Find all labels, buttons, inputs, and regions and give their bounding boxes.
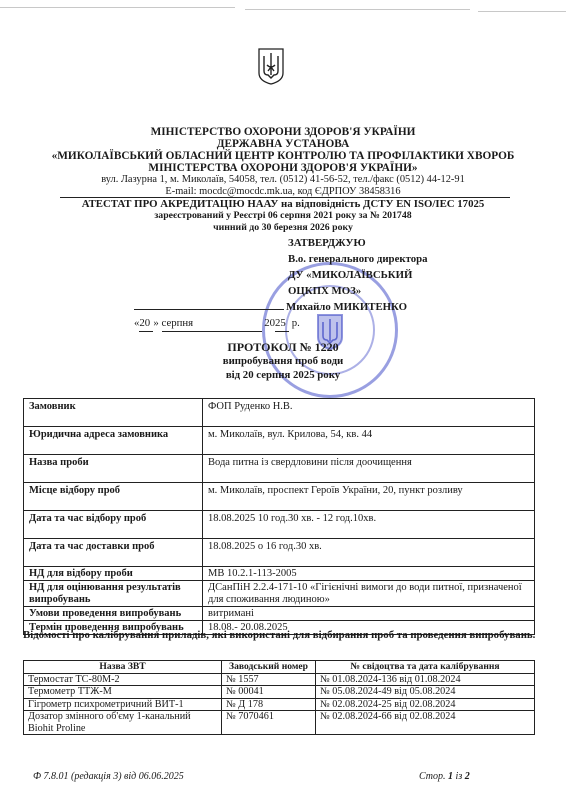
approver-org-line1: ДУ «МИКОЛАЇВСЬКИЙ xyxy=(288,267,428,283)
certificate: № 01.08.2024-136 від 01.08.2024 xyxy=(316,673,535,686)
row-label: НД для оцінювання результатів випробуван… xyxy=(24,581,203,607)
approve-label: ЗАТВЕРДЖУЮ xyxy=(288,235,428,251)
table-header-row: Назва ЗВТ Заводський номер № свідоцтва т… xyxy=(24,661,535,674)
calibration-table: Назва ЗВТ Заводський номер № свідоцтва т… xyxy=(23,660,535,735)
row-label: Місце відбору проб xyxy=(24,483,203,511)
table-row: Місце відбору проб м. Миколаїв, проспект… xyxy=(24,483,535,511)
column-header: Назва ЗВТ xyxy=(24,661,222,674)
signature-row: Михайло МИКИТЕНКО xyxy=(134,299,428,315)
row-value: 18.08.2025 о 16 год.30 хв. xyxy=(203,539,535,567)
approval-day: 20 xyxy=(139,315,153,332)
approval-date: «20» серпня 2025 р. xyxy=(134,315,428,331)
row-label: Дата та час доставки проб xyxy=(24,539,203,567)
protocol-subtitle: випробування проб води xyxy=(0,354,566,368)
instrument-name: Гігрометр психрометричний ВИТ-1 xyxy=(24,698,222,711)
accreditation-line1: АТЕСТАТ ПРО АКРЕДИТАЦІЮ НААУ на відповід… xyxy=(0,198,566,210)
column-header: Заводський номер xyxy=(222,661,316,674)
certificate: № 02.08.2024-66 від 02.08.2024 xyxy=(316,711,535,735)
institution-address: вул. Лазурна 1, м. Миколаїв, 54058, тел.… xyxy=(0,174,566,186)
calibration-section-title: Відомості про калібрування приладів, які… xyxy=(23,627,543,643)
approval-block: ЗАТВЕРДЖУЮ В.о. генерального директора Д… xyxy=(288,235,428,331)
institution-name-line1: «МИКОЛАЇВСЬКИЙ ОБЛАСНИЙ ЦЕНТР КОНТРОЛЮ Т… xyxy=(0,150,566,162)
row-value: 18.08.2025 10 год.30 хв. - 12 год.10хв. xyxy=(203,511,535,539)
row-label: Назва проби xyxy=(24,455,203,483)
approver-position: В.о. генерального директора xyxy=(288,251,428,267)
table-row: Дозатор змінного об'єму 1-канальний Bioh… xyxy=(24,711,535,735)
row-value: витримані xyxy=(203,607,535,621)
scan-artifact-line xyxy=(0,7,235,8)
column-header: № свідоцтва та дата калібрування xyxy=(316,661,535,674)
row-label: Замовник xyxy=(24,399,203,427)
protocol-title-block: ПРОТОКОЛ № 1220 випробування проб води в… xyxy=(0,340,566,382)
trident-coat-of-arms-icon xyxy=(257,47,285,85)
ministry-name: МІНІСТЕРСТВО ОХОРОНИ ЗДОРОВ'Я УКРАЇНИ xyxy=(0,126,566,138)
serial-number: № Д 178 xyxy=(222,698,316,711)
approver-org-line2: ОЦКПХ МОЗ» xyxy=(288,283,428,299)
serial-number: № 00041 xyxy=(222,686,316,699)
certificate: № 05.08.2024-49 від 05.08.2024 xyxy=(316,686,535,699)
accreditation-block: АТЕСТАТ ПРО АКРЕДИТАЦІЮ НААУ на відповід… xyxy=(0,198,566,234)
form-identifier: Ф 7.8.01 (редакція 3) від 06.06.2025 xyxy=(33,771,184,782)
row-label: Юридична адреса замовника xyxy=(24,427,203,455)
table-row: Умови проведення випробувань витримані xyxy=(24,607,535,621)
certificate: № 02.08.2024-25 від 02.08.2024 xyxy=(316,698,535,711)
table-row: Назва проби Вода питна із свердловини пі… xyxy=(24,455,535,483)
row-value: м. Миколаїв, вул. Крилова, 54, кв. 44 xyxy=(203,427,535,455)
protocol-date: від 20 серпня 2025 року xyxy=(0,368,566,382)
instrument-name: Термостат ТС-80М-2 xyxy=(24,673,222,686)
table-row: Дата та час доставки проб 18.08.2025 о 1… xyxy=(24,539,535,567)
institution-type: ДЕРЖАВНА УСТАНОВА xyxy=(0,138,566,150)
scan-artifact-line xyxy=(245,9,470,10)
protocol-number: ПРОТОКОЛ № 1220 xyxy=(0,340,566,354)
instrument-name: Термометр ТТЖ-М xyxy=(24,686,222,699)
row-value: ДСанПіН 2.2.4-171-10 «Гігієнічні вимоги … xyxy=(203,581,535,607)
signature-line xyxy=(134,309,284,310)
row-value: МВ 10.2.1-113-2005 xyxy=(203,567,535,581)
page-number: Стор. 1 із 2 xyxy=(419,771,470,782)
serial-number: № 7070461 xyxy=(222,711,316,735)
row-label: Дата та час відбору проб xyxy=(24,511,203,539)
instrument-name: Дозатор змінного об'єму 1-канальний Bioh… xyxy=(24,711,222,735)
accreditation-line3: чинний до 30 березня 2026 року xyxy=(0,222,566,234)
row-label: НД для відбору проби xyxy=(24,567,203,581)
table-row: НД для відбору проби МВ 10.2.1-113-2005 xyxy=(24,567,535,581)
row-label: Умови проведення випробувань xyxy=(24,607,203,621)
table-row: Термостат ТС-80М-2 № 1557 № 01.08.2024-1… xyxy=(24,673,535,686)
serial-number: № 1557 xyxy=(222,673,316,686)
table-row: Замовник ФОП Руденко Н.В. xyxy=(24,399,535,427)
accreditation-line2: зареєстрований у Реєстрі 06 серпня 2021 … xyxy=(0,210,566,222)
table-row: НД для оцінювання результатів випробуван… xyxy=(24,581,535,607)
sample-info-table: Замовник ФОП Руденко Н.В. Юридична адрес… xyxy=(23,398,535,635)
institution-email: E-mail: mocdc@mocdc.mk.ua, код ЄДРПОУ 38… xyxy=(0,186,566,198)
signer-name: Михайло МИКИТЕНКО xyxy=(286,301,407,313)
table-row: Дата та час відбору проб 18.08.2025 10 г… xyxy=(24,511,535,539)
institution-contacts: вул. Лазурна 1, м. Миколаїв, 54058, тел.… xyxy=(0,174,566,197)
approval-month: серпня xyxy=(162,315,262,332)
institution-name-line2: МІНІСТЕРСТВА ОХОРОНИ ЗДОРОВ'Я УКРАЇНИ» xyxy=(0,162,566,174)
scan-artifact-line xyxy=(478,11,566,12)
table-row: Юридична адреса замовника м. Миколаїв, в… xyxy=(24,427,535,455)
table-row: Гігрометр психрометричний ВИТ-1 № Д 178 … xyxy=(24,698,535,711)
row-value: ФОП Руденко Н.В. xyxy=(203,399,535,427)
table-row: Термометр ТТЖ-М № 00041 № 05.08.2024-49 … xyxy=(24,686,535,699)
row-value: м. Миколаїв, проспект Героїв України, 20… xyxy=(203,483,535,511)
institution-header: МІНІСТЕРСТВО ОХОРОНИ ЗДОРОВ'Я УКРАЇНИ ДЕ… xyxy=(0,126,566,174)
row-value: Вода питна із свердловини після доочищен… xyxy=(203,455,535,483)
approval-year: 25 xyxy=(275,315,289,332)
